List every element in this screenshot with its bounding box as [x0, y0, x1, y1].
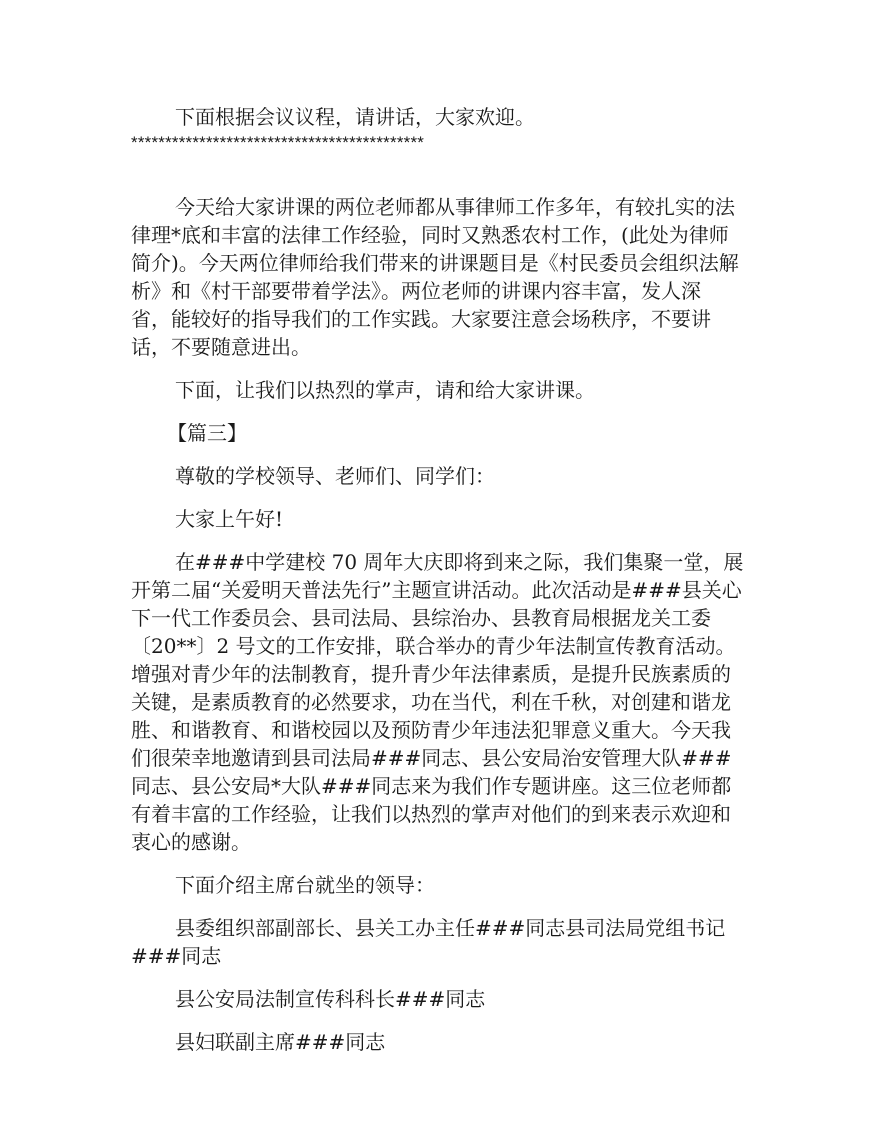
text-line: 们很荣幸地邀请到县司法局###同志、县公安局治安管理大队###	[131, 744, 746, 772]
heading-text: 【篇三】	[131, 419, 746, 447]
text-line: 析》和《村干部要带着学法》。两位老师的讲课内容丰富，发人深	[131, 277, 746, 305]
text-line: 同志、县公安局*大队###同志来为我们作专题讲座。这三位老师都	[131, 772, 746, 800]
paragraph-leader-3: 县妇联副主席###同志	[131, 1028, 746, 1056]
paragraph-greeting: 大家上午好!	[131, 505, 746, 533]
paragraph-lawyer-intro: 今天给大家讲课的两位老师都从事律师工作多年，有较扎实的法 律理*底和丰富的法律工…	[131, 193, 746, 361]
text-line: 大家上午好!	[131, 505, 746, 533]
section-heading: 【篇三】	[131, 419, 746, 447]
paragraph-intro-agenda: 下面根据会议议程，请讲话，大家欢迎。	[131, 103, 746, 131]
separator-asterisks: ****************************************…	[131, 133, 424, 152]
text-line: 今天给大家讲课的两位老师都从事律师工作多年，有较扎实的法	[131, 193, 746, 221]
text-line: 尊敬的学校领导、老师们、同学们：	[131, 462, 746, 490]
text-line: 关键，是素质教育的必然要求，功在当代，利在千秋，对创建和谐龙	[131, 688, 746, 716]
text-line: 有着丰富的工作经验，让我们以热烈的掌声对他们的到来表示欢迎和	[131, 800, 746, 828]
paragraph-event-intro: 在###中学建校 70 周年大庆即将到来之际，我们集聚一堂，展 开第二届“关爱明…	[131, 548, 746, 856]
text-line: ###同志	[131, 942, 746, 970]
paragraph-salutation: 尊敬的学校领导、老师们、同学们：	[131, 462, 746, 490]
text-line: 县公安局法制宣传科科长###同志	[131, 985, 746, 1013]
text-line: 县妇联副主席###同志	[131, 1028, 746, 1056]
text-line: 〔20**〕2 号文的工作安排，联合举办的青少年法制宣传教育活动。	[131, 632, 746, 660]
text-line: 开第二届“关爱明天普法先行”主题宣讲活动。此次活动是###县关心	[131, 576, 746, 604]
text-line: 县委组织部副部长、县关工办主任###同志县司法局党组书记	[131, 914, 746, 942]
paragraph-leader-1: 县委组织部副部长、县关工办主任###同志县司法局党组书记 ###同志	[131, 914, 746, 970]
document-page: 下面根据会议议程，请讲话，大家欢迎。 *********************…	[131, 103, 746, 1056]
text-line: 律理*底和丰富的法律工作经验，同时又熟悉农村工作，(此处为律师	[131, 221, 746, 249]
text-line: 下面，让我们以热烈的掌声，请和给大家讲课。	[131, 376, 746, 404]
separator-line: ****************************************…	[131, 133, 746, 155]
text-line: 衷心的感谢。	[131, 828, 746, 856]
paragraph-leaders-intro: 下面介绍主席台就坐的领导：	[131, 871, 746, 899]
text-line: 简介)。今天两位律师给我们带来的讲课题目是《村民委员会组织法解	[131, 249, 746, 277]
text-line: 省，能较好的指导我们的工作实践。大家要注意会场秩序，不要讲	[131, 305, 746, 333]
text-line: 下面根据会议议程，请讲话，大家欢迎。	[131, 103, 746, 131]
paragraph-applause-invite: 下面，让我们以热烈的掌声，请和给大家讲课。	[131, 376, 746, 404]
text-line: 下面介绍主席台就坐的领导：	[131, 871, 746, 899]
text-line: 胜、和谐教育、和谐校园以及预防青少年违法犯罪意义重大。今天我	[131, 716, 746, 744]
paragraph-leader-2: 县公安局法制宣传科科长###同志	[131, 985, 746, 1013]
text-line: 话，不要随意进出。	[131, 333, 746, 361]
text-line: 在###中学建校 70 周年大庆即将到来之际，我们集聚一堂，展	[131, 548, 746, 576]
text-line: 下一代工作委员会、县司法局、县综治办、县教育局根据龙关工委	[131, 604, 746, 632]
text-line: 增强对青少年的法制教育，提升青少年法律素质，是提升民族素质的	[131, 660, 746, 688]
